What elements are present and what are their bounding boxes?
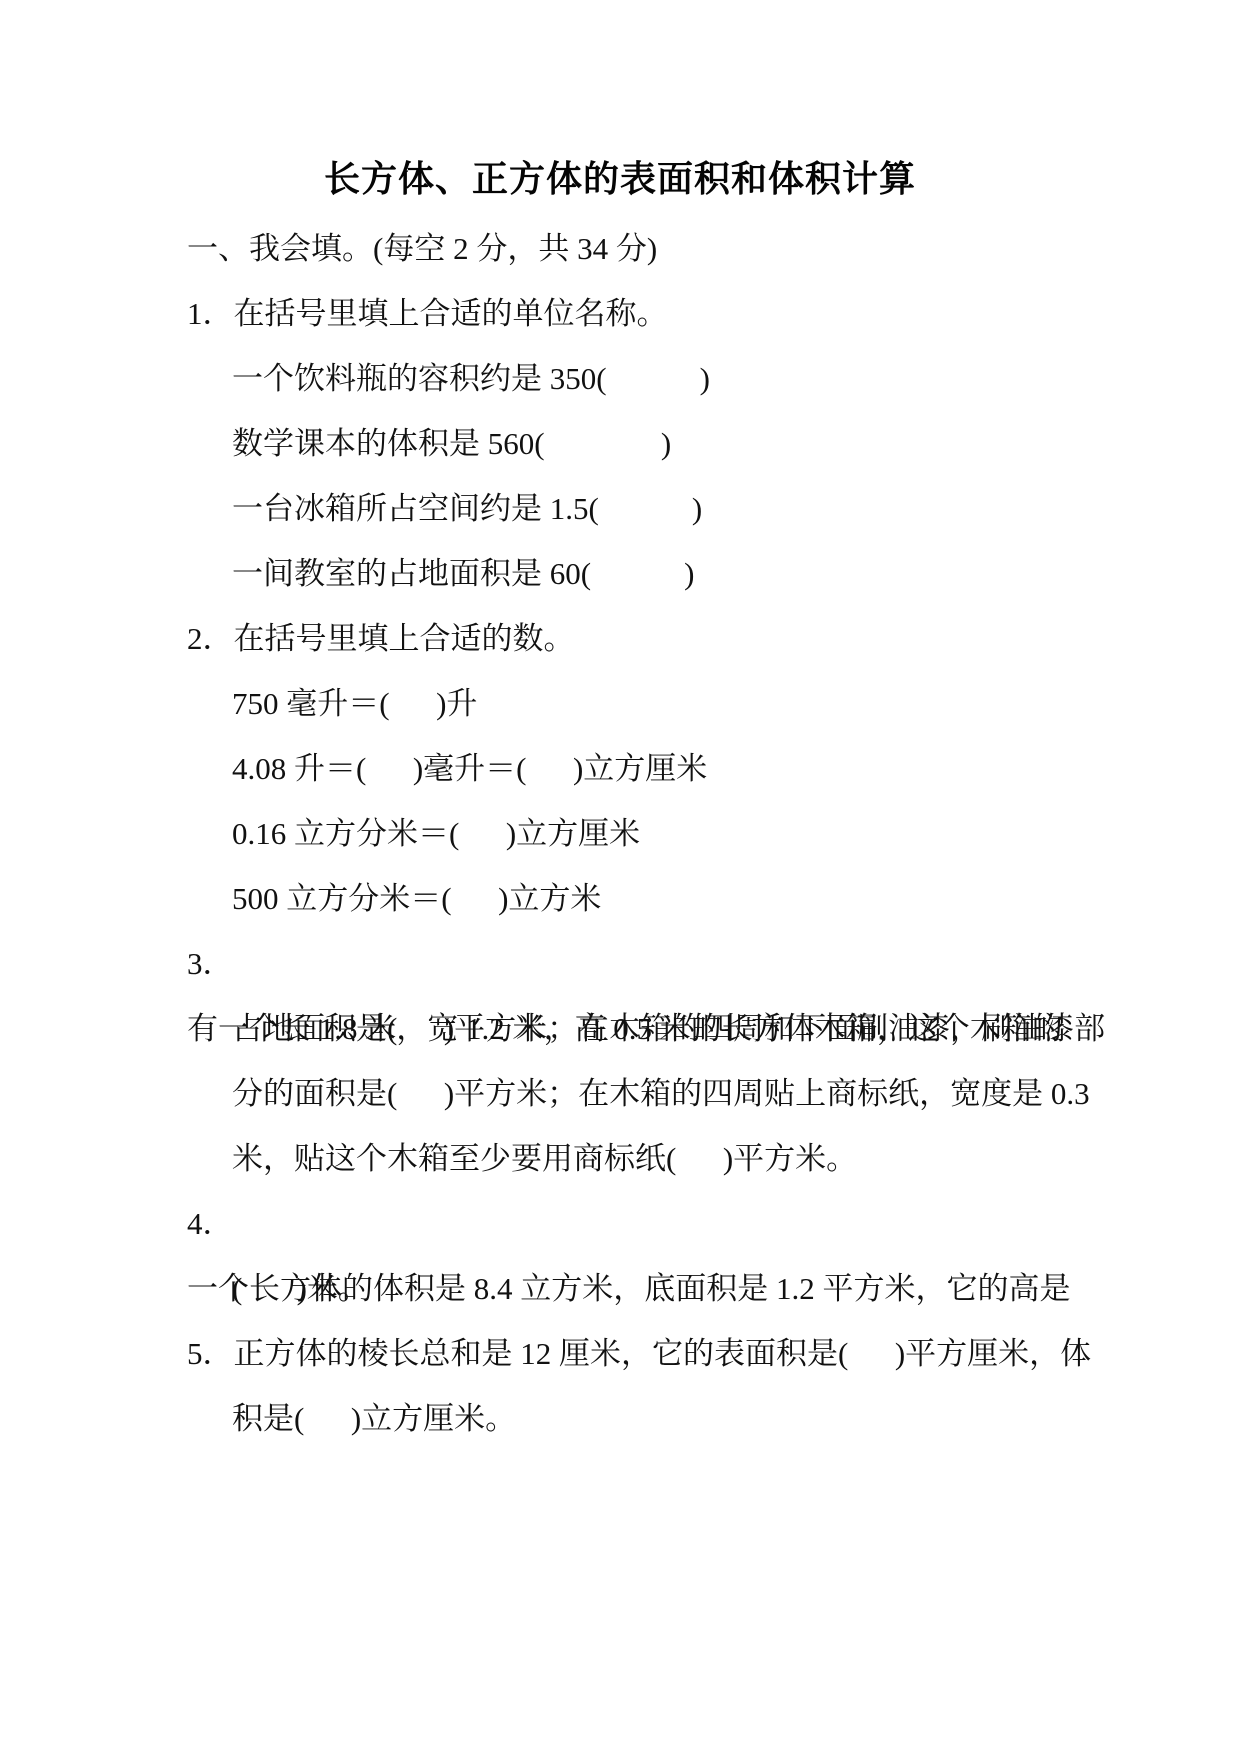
problem-3-text: 占地面积是( )平方米；在木箱的四周和下面刷油漆，刷油漆部 <box>232 1011 1105 1046</box>
blank-line-text: 一间教室的占地面积是 60( ) <box>232 556 694 591</box>
problem-4-number: 4． <box>187 1191 234 1256</box>
section-heading-text: 一、我会填。(每空 2 分，共 34 分) <box>187 231 657 266</box>
problem-5-text: 积是( )立方厘米。 <box>232 1401 516 1436</box>
problem-3-line: 3．有一个长 1.8 米，宽 1.2 米，高 0.5 米的长方体木箱，这个木箱的 <box>187 931 1107 996</box>
problem-1-number: 1． <box>187 281 234 346</box>
blank-line: 一台冰箱所占空间约是 1.5( ) <box>187 476 1107 541</box>
worksheet-body: 一、我会填。(每空 2 分，共 34 分) 1．在括号里填上合适的单位名称。 一… <box>187 216 1107 1451</box>
blank-line: 500 立方分米＝( )立方米 <box>187 866 1107 931</box>
blank-line-text: 一台冰箱所占空间约是 1.5( ) <box>232 491 702 526</box>
problem-3-continuation: 分的面积是( )平方米；在木箱的四周贴上商标纸，宽度是 0.3 <box>187 1061 1107 1126</box>
blank-line-text: 4.08 升＝( )毫升＝( )立方厘米 <box>232 751 707 786</box>
problem-2-number: 2． <box>187 606 234 671</box>
blank-line: 750 毫升＝( )升 <box>187 671 1107 736</box>
problem-3-text: 米，贴这个木箱至少要用商标纸( )平方米。 <box>232 1141 857 1176</box>
blank-line: 一个饮料瓶的容积约是 350( ) <box>187 346 1107 411</box>
blank-line: 0.16 立方分米＝( )立方厘米 <box>187 801 1107 866</box>
problem-2-line: 2．在括号里填上合适的数。 <box>187 606 1107 671</box>
worksheet-title: 长方体、正方体的表面积和体积计算 <box>0 156 1240 202</box>
problem-3-continuation: 占地面积是( )平方米；在木箱的四周和下面刷油漆，刷油漆部 <box>187 996 1107 1061</box>
problem-4-text: ( )米。 <box>232 1271 369 1306</box>
problem-1-text: 在括号里填上合适的单位名称。 <box>234 296 668 331</box>
problem-5-line: 5．正方体的棱长总和是 12 厘米，它的表面积是( )平方厘米，体 <box>187 1321 1107 1386</box>
blank-line: 一间教室的占地面积是 60( ) <box>187 541 1107 606</box>
problem-3-number: 3． <box>187 931 234 996</box>
problem-3-continuation: 米，贴这个木箱至少要用商标纸( )平方米。 <box>187 1126 1107 1191</box>
blank-line-text: 一个饮料瓶的容积约是 350( ) <box>232 361 710 396</box>
blank-line-text: 0.16 立方分米＝( )立方厘米 <box>232 816 640 851</box>
blank-line-text: 数学课本的体积是 560( ) <box>232 426 671 461</box>
blank-line: 数学课本的体积是 560( ) <box>187 411 1107 476</box>
problem-4-line: 4．一个长方体的体积是 8.4 立方米，底面积是 1.2 平方米，它的高是 <box>187 1191 1107 1256</box>
problem-2-text: 在括号里填上合适的数。 <box>234 621 575 656</box>
section-heading: 一、我会填。(每空 2 分，共 34 分) <box>187 216 1107 281</box>
problem-5-continuation: 积是( )立方厘米。 <box>187 1386 1107 1451</box>
problem-5-number: 5． <box>187 1321 234 1386</box>
worksheet-page: 长方体、正方体的表面积和体积计算 一、我会填。(每空 2 分，共 34 分) 1… <box>0 0 1240 1754</box>
blank-line: 4.08 升＝( )毫升＝( )立方厘米 <box>187 736 1107 801</box>
problem-5-text: 正方体的棱长总和是 12 厘米，它的表面积是( )平方厘米，体 <box>234 1336 1092 1371</box>
problem-1-line: 1．在括号里填上合适的单位名称。 <box>187 281 1107 346</box>
blank-line-text: 750 毫升＝( )升 <box>232 686 477 721</box>
blank-line-text: 500 立方分米＝( )立方米 <box>232 881 601 916</box>
problem-3-text: 分的面积是( )平方米；在木箱的四周贴上商标纸，宽度是 0.3 <box>232 1076 1090 1111</box>
